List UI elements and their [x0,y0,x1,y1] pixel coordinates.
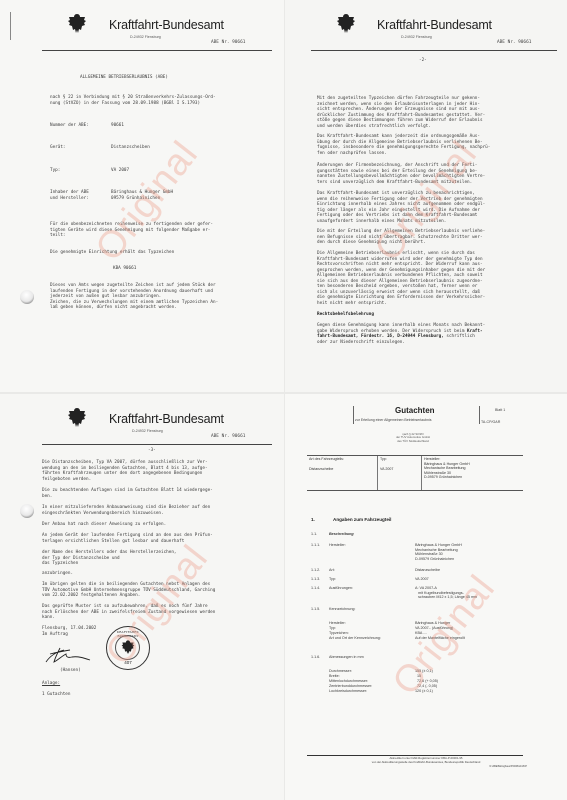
page-number: -2- [419,58,427,64]
item-number: 1.1.5. [311,607,320,612]
report-subtitle: zur Erteilung einer Allgemeinen Betriebs… [355,418,431,422]
table-col-part: Art des Fahrzeugteils: Distanzscheibe [307,456,377,490]
abe-page-2: Kraftfahrt-Bundesamt D-24932 Flensburg A… [285,0,567,392]
paragraph: Der Anbau hat nach dieser Anweisung zu e… [42,522,277,528]
abe-page-3: Kraftfahrt-Bundesamt D-24932 Flensburg A… [0,394,284,800]
legal-remedy-heading: Rechtsbehelfsbelehrung [317,312,374,318]
attachments-label: Anlage: [42,681,60,687]
field-value-device: Distanzscheiben [111,145,150,151]
seal-number: 407 [107,660,149,665]
page-number: -3- [148,448,156,454]
letterhead: Kraftfahrt-Bundesamt D-24932 Flensburg A… [0,0,284,58]
item-label: Kennzeichnung: [329,607,355,612]
dimension-value: 15 [417,674,421,679]
report-title: Gutachten [395,406,435,415]
paragraph: In einer mitzuliefernden Anbauanweisung … [42,505,277,516]
dimension-value: 155 (± 0,1) [415,669,433,674]
field-value-holder: Bäringhaus & Hunger GmbH 09579 Grünhaini… [111,190,173,201]
subsection-number: 1.1. [311,532,317,537]
abe-reference: ABE Nr. 90661 [211,40,245,45]
authority-name: Kraftfahrt-Bundesamt [377,18,492,32]
col-header: Typ: [380,457,419,462]
marking-value: Auf der Mantelfläche eingerollt [415,636,465,641]
header-rule [311,50,557,51]
item-number: 1.1.2. [311,568,320,573]
dimension-value: 120 (± 0,1) [415,689,433,694]
letterhead: Kraftfahrt-Bundesamt D-24932 Flensburg A… [0,394,284,452]
paragraph: Mit den zugeteilten Typzeichen dürfen Fa… [317,96,557,129]
dimension-label: Lochkreisdurchmesser: [329,689,367,694]
authority-city: D-24932 Flensburg [132,429,163,433]
table-col-manufacturer: Hersteller: Bäringhaus & Hunger GmbH Mec… [421,456,523,490]
dimension-label: Breite: [329,674,340,679]
dimension-value: 72,4 (- 0,05) [417,684,437,689]
item-label: Ausführungen: [329,586,353,591]
dimension-label: Zentrierbunddurchmesser: [329,684,372,689]
marking-value: Bäringhaus & Hunger [415,621,450,626]
item-number: 1.1.6. [311,655,320,660]
signature [40,644,100,666]
punch-hole [20,290,34,304]
paragraph: Im übrigen gelten die in beiliegenden Gu… [42,582,277,599]
col-value: Bäringhaus & Hunger GmbH Mechanische Bea… [424,462,521,480]
item-value: Bäringhaus & Hunger GmbH Mechanische Bea… [415,543,462,561]
abe-reference: ABE Nr. 90661 [497,40,531,45]
item-value: Distanzscheibe [415,568,440,573]
item-label: Typ: [329,577,336,582]
item-number: 1.1.4. [311,586,320,591]
file-reference: N:\ABE\Bäringhaus\P\000814.MCP [285,765,527,769]
marking-value: KBA .... [415,631,427,636]
legal-basis: nach § 22 StVZO der TÜV Automotive GmbH … [365,433,461,443]
dimension-value: 72,6 (+ 0,05) [417,679,438,684]
item-number: 1.1.3. [311,577,320,582]
paragraph: Das Kraftfahrt-Bundesamt kann jederzeit … [317,134,557,156]
punch-hole [20,504,34,518]
type-mark-intro: Die genehmigte Einrichtung erhält das Ty… [50,250,174,256]
dimension-label: Mittenlochdurchmesser: [329,679,368,684]
field-label-abe-number: Nummer der ABE: [50,123,89,129]
seal-inner-ring [115,635,140,660]
marking-list: der Name des Herstellers oder das Herste… [42,550,277,567]
section-title: Angaben zum Fahrzeugteil [333,517,391,522]
type-mark: KBA 90661 [113,266,136,272]
paragraph: Das Kraftfahrt-Bundesamt ist unverzüglic… [317,191,557,224]
header-rule [42,444,272,445]
department-code: TA-CP/GAR [481,420,500,424]
signatory-name: (Hansen) [60,668,81,674]
item-label: Art: [329,568,335,573]
col-header: Art des Fahrzeugteils: [309,457,375,462]
expert-report-page: Gutachten zur Erteilung einer Allgemeine… [285,394,567,800]
grant-paragraph: Für die obenbezeichneten reihenweise zu … [50,222,275,239]
field-value-abe-number: 90661 [111,123,124,129]
paragraph: Die zu beachtenden Auflagen sind im Guta… [42,488,277,499]
paragraph: Die mit der Erteilung der Allgemeinen Be… [317,229,557,246]
title-divider [479,406,480,424]
item-value: A: VA 2007-A mit Kugelbundbefestigungs- … [415,586,477,600]
paragraph: Das geprüfte Muster ist so aufzubewahren… [42,604,277,621]
field-label-device: Gerät: [50,145,66,151]
federal-eagle-icon [66,406,88,430]
table-col-type: Typ: VA 2007 [377,456,421,490]
document-heading: ALLGEMEINE BETRIEBSERLAUBNIS (ABE) [80,75,168,81]
official-seal: KRAFTFAHRT-BUNDESAMT 407 [106,626,150,670]
field-value-type: VA 2007 [111,168,129,174]
authority-city: D-24932 Flensburg [130,35,161,39]
field-label-type: Typ: [50,168,60,174]
header-rule [42,50,272,51]
dimensions-title: Abmessungen in mm [329,655,364,660]
abe-reference: ABE Nr. 90661 [211,434,245,439]
authority-name: Kraftfahrt-Bundesamt [109,18,224,32]
marking-label: Typzeichen: [329,631,349,636]
paragraph: Änderungen der Firmenbezeichnung, der An… [317,163,557,185]
mark-rules-paragraph: Dieses von Amts wegen zugeteilte Zeichen… [50,283,275,311]
federal-eagle-icon [335,12,357,36]
place-date: Flensburg, 17.04.2002 Im Auftrag [42,626,277,637]
part-summary-table: Art des Fahrzeugteils: Distanzscheibe Ty… [307,455,523,491]
item-number: 1.1.1. [311,543,320,548]
marking-label: Art und Ort der Kennzeichnung: [329,636,381,641]
item-label: Hersteller: [329,543,346,548]
paragraph: Die Distanzscheiben, Typ VA 2007, dürfen… [42,460,277,482]
federal-eagle-icon [120,639,136,656]
legal-basis: nach § 22 in Verbindung mit § 20 Straßen… [50,95,275,106]
item-value: VA 2007 [415,577,429,582]
authority-city: D-24932 Flensburg [401,35,432,39]
attachments-list: 1 Gutachten [42,692,70,698]
paragraph: Die Allgemeine Betriebserlaubnis erlisch… [317,251,557,306]
remedy-text-part: Gegen diese Genehmigung kann innerhalb e… [317,323,485,334]
section-number: 1. [311,517,315,522]
abe-page-1: Kraftfahrt-Bundesamt D-24932 Flensburg A… [0,0,284,392]
title-divider [353,406,354,424]
authority-name: Kraftfahrt-Bundesamt [109,412,224,426]
paragraph: An jedem Gerät der laufenden Fertigung s… [42,533,277,544]
marking-value: VA 2007-. (Ausführung) [415,626,453,631]
letterhead: Kraftfahrt-Bundesamt D-24932 Flensburg A… [285,0,567,58]
sheet-number: Blatt 1 [495,408,505,412]
subsection-title: Beschreibung [329,532,354,537]
binding-mark [10,12,11,40]
paragraph: anzubringen. [42,571,277,577]
legal-remedy-text: Gegen diese Genehmigung kann innerhalb e… [317,323,557,345]
marking-label: Typ: [329,626,336,631]
field-label-holder: Inhaber der ABE und Hersteller: [50,190,89,201]
marking-label: Hersteller: [329,621,346,626]
col-value: VA 2007 [380,467,419,472]
col-value: Distanzscheibe [309,467,375,472]
dimension-label: Durchmesser: [329,669,352,674]
federal-eagle-icon [66,12,88,36]
